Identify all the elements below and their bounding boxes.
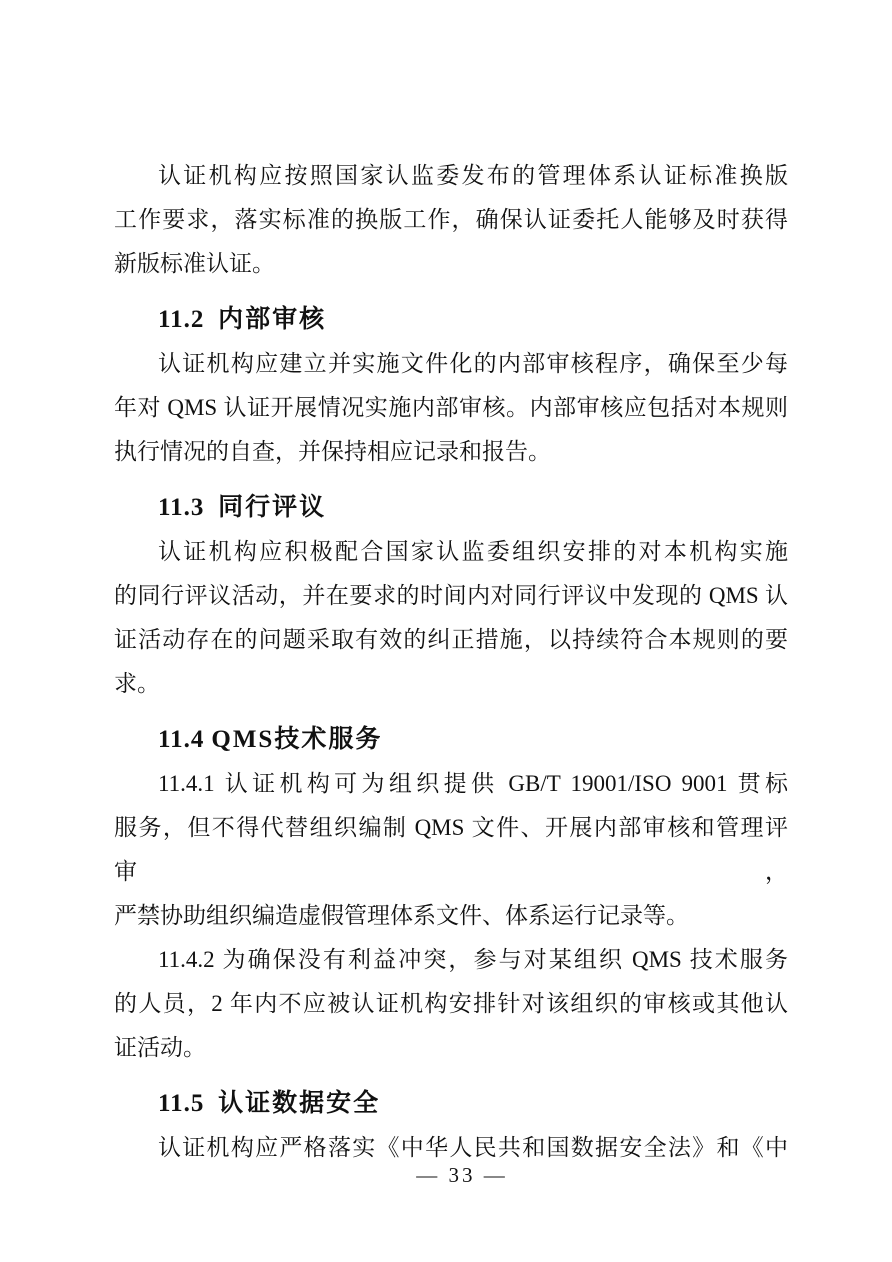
paragraph-line: 11.4.1 认证机构可为组织提供 GB/T 19001/ISO 9001 贯标	[114, 762, 788, 806]
paragraph-line: 证活动。	[114, 1026, 788, 1070]
paragraph-line: 证活动存在的问题采取有效的纠正措施，以持续符合本规则的要	[114, 618, 788, 662]
section-title: 同行评议	[218, 494, 326, 521]
paragraph-line: 年对 QMS 认证开展情况实施内部审核。内部审核应包括对本规则	[114, 386, 788, 430]
paragraph-line: 工作要求，落实标准的换版工作，确保认证委托人能够及时获得	[114, 198, 788, 242]
section-title: 内部审核	[218, 306, 326, 333]
section-title: QMS技术服务	[211, 726, 382, 753]
paragraph-line: 11.4.2 为确保没有利益冲突，参与对某组织 QMS 技术服务	[114, 938, 788, 982]
section-number: 11.5	[158, 1090, 204, 1117]
paragraph-line: 求。	[114, 662, 788, 706]
document-page: 认证机构应按照国家认监委发布的管理体系认证标准换版 工作要求，落实标准的换版工作…	[0, 0, 892, 1262]
paragraph-line: 的人员，2 年内不应被认证机构安排针对该组织的审核或其他认	[114, 982, 788, 1026]
paragraph-line: 认证机构应按照国家认监委发布的管理体系认证标准换版	[114, 154, 788, 198]
section-number: 11.4	[158, 726, 204, 753]
section-number: 11.2	[158, 306, 204, 333]
paragraph-line: 认证机构应积极配合国家认监委组织安排的对本机构实施	[114, 530, 788, 574]
paragraph-line: 服务，但不得代替组织编制 QMS 文件、开展内部审核和管理评审，	[114, 806, 788, 894]
section-heading-11-4: 11.4QMS技术服务	[114, 718, 788, 762]
section-heading-11-3: 11.3同行评议	[114, 486, 788, 530]
page-footer: — 33 —	[114, 1153, 788, 1197]
paragraph-line: 新版标准认证。	[114, 242, 788, 286]
paragraph-line: 认证机构应建立并实施文件化的内部审核程序，确保至少每	[114, 342, 788, 386]
paragraph-line: 的同行评议活动，并在要求的时间内对同行评议中发现的 QMS 认	[114, 574, 788, 618]
section-heading-11-5: 11.5认证数据安全	[114, 1082, 788, 1126]
section-title: 认证数据安全	[218, 1090, 380, 1117]
document-body: 认证机构应按照国家认监委发布的管理体系认证标准换版 工作要求，落实标准的换版工作…	[114, 154, 788, 1170]
section-heading-11-2: 11.2内部审核	[114, 298, 788, 342]
section-number: 11.3	[158, 494, 204, 521]
paragraph-line: 执行情况的自查，并保持相应记录和报告。	[114, 430, 788, 474]
page-number: — 33 —	[416, 1163, 508, 1187]
paragraph-line: 严禁协助组织编造虚假管理体系文件、体系运行记录等。	[114, 894, 788, 938]
